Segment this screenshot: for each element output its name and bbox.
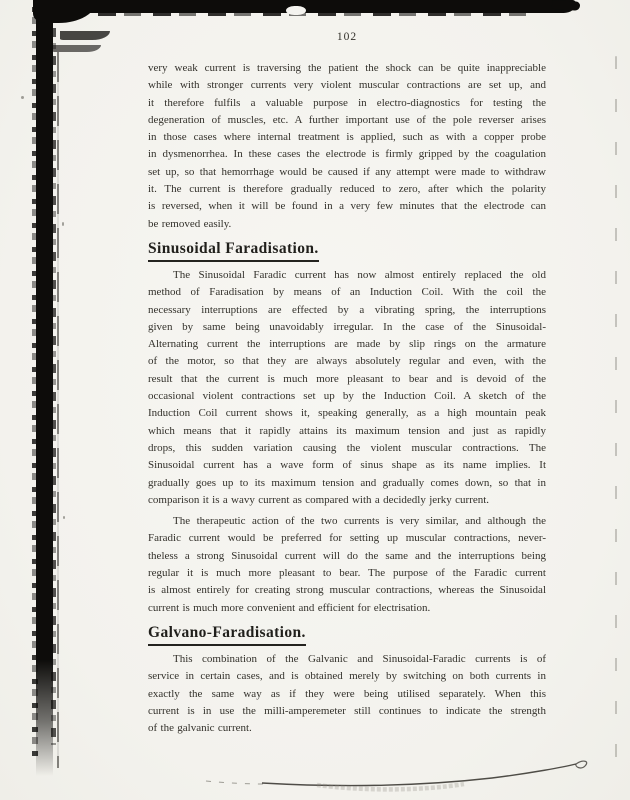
text-line: is almost entirely for creating strong m… — [148, 582, 546, 599]
scan-speck — [63, 516, 65, 519]
text-line: occasional violent contractions set up b… — [148, 388, 546, 405]
text-line: result that the current is much more ple… — [148, 371, 546, 388]
text-line: drops, this sudden variation causing the… — [148, 440, 546, 457]
scan-gutter-line — [57, 52, 59, 768]
text-line: This combination of the Galvanic and Sin… — [148, 651, 546, 668]
text-line: Alternating current the interruptions ar… — [148, 336, 546, 353]
text-line: it. The current is therefore gradually r… — [148, 181, 546, 198]
text-line: regular it is much more pleasant to bear… — [148, 565, 546, 582]
text-line: necessary interruptions are effected by … — [148, 302, 546, 319]
text-line: degeneration of muscles, etc. A further … — [148, 112, 546, 129]
text-line: in dysmenorrhea. In these cases the elec… — [148, 146, 546, 163]
text-line: Induction Coil current shows it, speakin… — [148, 405, 546, 422]
text-line: while with stronger currents very violen… — [148, 77, 546, 94]
text-line: theless a strong Sinusoidal current will… — [148, 548, 546, 565]
text-line: exactly the same way as if they were bei… — [148, 686, 546, 703]
text-line: of the galvanic current. — [148, 720, 546, 737]
section-heading-text: Sinusoidal Faradisation. — [148, 240, 319, 262]
scan-smudge-line — [192, 754, 602, 798]
text-line: service in certain cases, and is obtaine… — [148, 668, 546, 685]
text-line: Faradic current would be preferred for s… — [148, 530, 546, 547]
text-line: is reversed, when it will be found in a … — [148, 198, 546, 215]
scan-speck — [21, 96, 24, 99]
paragraph: This combination of the Galvanic and Sin… — [148, 651, 546, 737]
text-line: it therefore fulfils a valuable purpose … — [148, 95, 546, 112]
text-line: current is much more convenient and effi… — [148, 600, 546, 617]
paragraph: The Sinusoidal Faradic current has now a… — [148, 267, 546, 509]
paragraph: very weak current is traversing the pati… — [148, 60, 546, 233]
text-line: set up, so that hemorrhage would be caus… — [148, 164, 546, 181]
scan-margin-marks — [615, 56, 617, 762]
text-line: The Sinusoidal Faradic current has now a… — [148, 267, 546, 284]
text-line: in those cases where internal treatment … — [148, 129, 546, 146]
paragraph: The therapeutic action of the two curren… — [148, 513, 546, 617]
text-line: which means that it rapidly attains its … — [148, 423, 546, 440]
text-column: very weak current is traversing the pati… — [148, 60, 546, 741]
text-line: gradually goes up to its maximum tension… — [148, 475, 546, 492]
text-line: of the motor, so that they are always ab… — [148, 353, 546, 370]
section-heading: Sinusoidal Faradisation. — [148, 240, 546, 262]
page-number: 102 — [148, 31, 546, 43]
section-heading: Galvano-Faradisation. — [148, 624, 546, 646]
scan-edge-left — [36, 0, 53, 776]
section-heading-text: Galvano-Faradisation. — [148, 624, 306, 646]
scan-corner-blob — [33, 0, 97, 23]
text-line: very weak current is traversing the pati… — [148, 60, 546, 77]
scanned-book-page: { "page_number": "102", "colors": { "pap… — [0, 0, 630, 800]
scan-speck — [62, 222, 64, 226]
text-line: be removed easily. — [148, 216, 546, 233]
scan-edge-top-notch — [286, 6, 306, 15]
text-line: current is in use the milli-amperemeter … — [148, 703, 546, 720]
text-line: given by same being unavoidably irregula… — [148, 319, 546, 336]
text-line: method of Faradisation by means of an In… — [148, 284, 546, 301]
text-line: The therapeutic action of the two curren… — [148, 513, 546, 530]
text-line: comparison it is a wavy current as compa… — [148, 492, 546, 509]
text-line: Sinusoidal current has a wave form of si… — [148, 457, 546, 474]
